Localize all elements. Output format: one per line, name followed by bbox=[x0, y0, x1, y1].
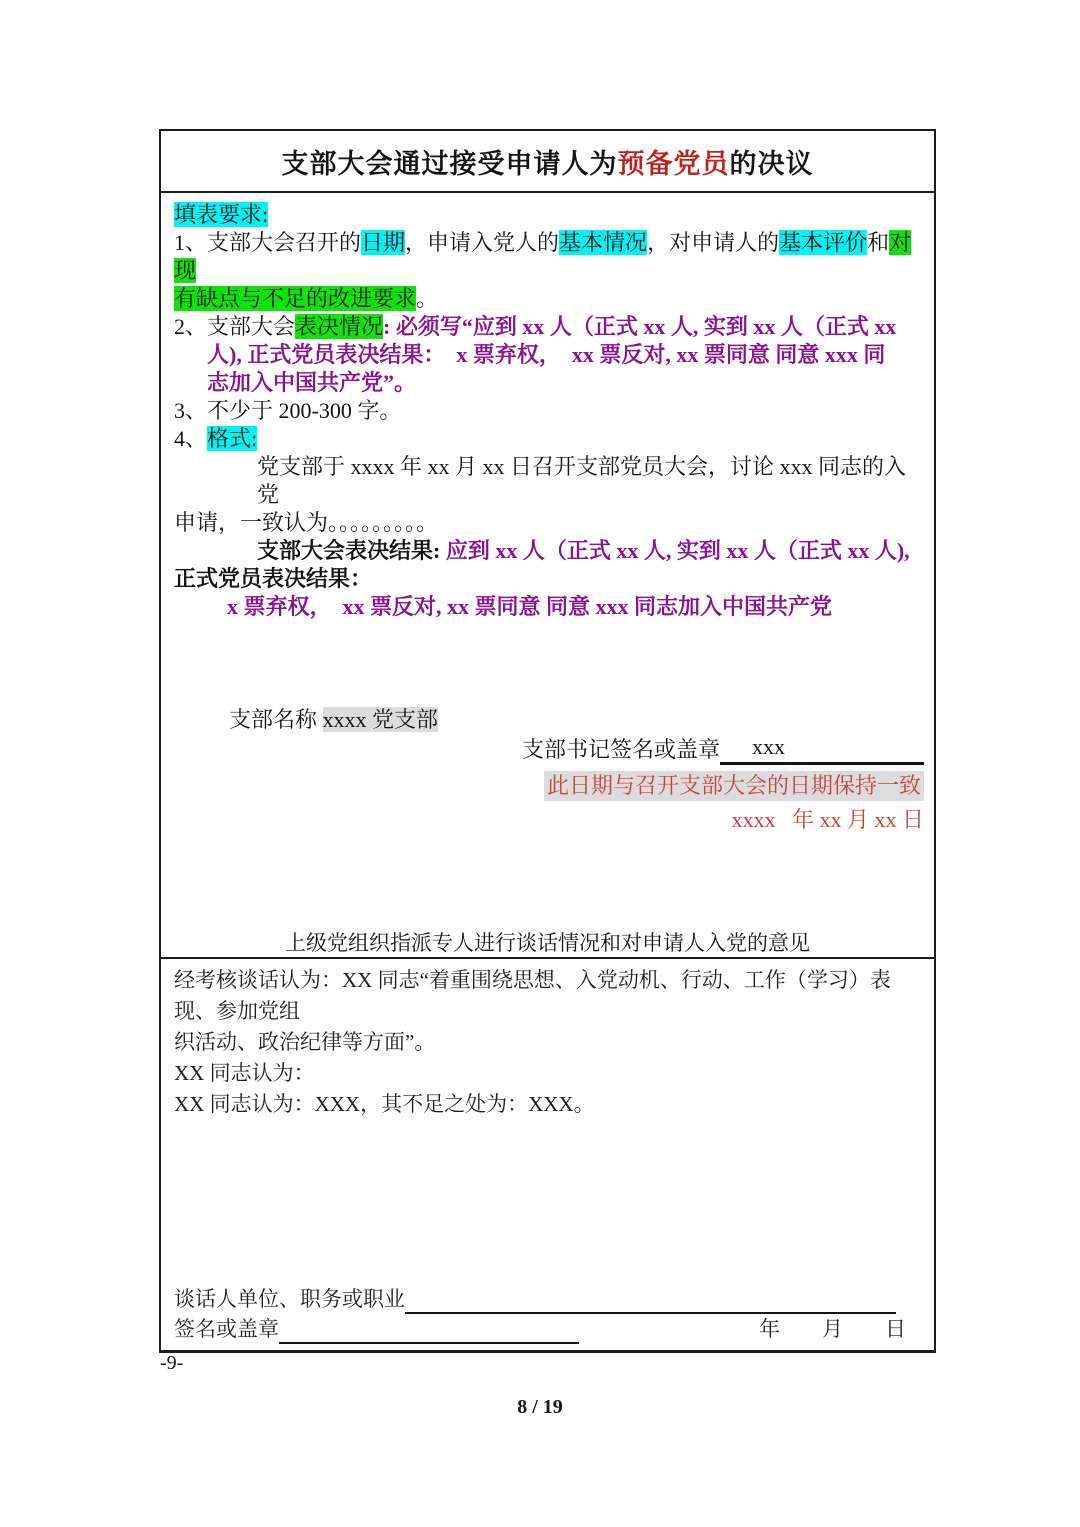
voting-result-label: 支部大会表决结果: bbox=[257, 538, 446, 563]
item2-purple-text: 人), 正式党员表决结果： x 票弃权， xx 票反对, xx 票同意 同意 x… bbox=[207, 342, 885, 367]
item1-highlight-evaluation: 基本评价 bbox=[779, 230, 867, 255]
secretary-signature-field: xxx bbox=[720, 732, 924, 765]
interviewer-sign-label: 签名或盖章 bbox=[174, 1314, 279, 1344]
date-consistency-note: 此日期与召开支部大会的日期保持一致 bbox=[544, 771, 924, 801]
format-example-line2: 申请，一致认为。。。。。。。。。 bbox=[174, 509, 924, 537]
item2-purple-text: 志加入中国共产党”。 bbox=[207, 370, 416, 395]
requirements-heading-line: 填表要求: bbox=[174, 201, 924, 229]
interviewer-sign-field bbox=[279, 1342, 579, 1344]
interview-para1-line1: 经考核谈话认为：XX 同志“着重围绕思想、入党动机、行动、工作（学习）表现、参加… bbox=[174, 965, 922, 1027]
title-suffix: 的决议 bbox=[730, 142, 814, 181]
voting-tally-purple: x 票弃权， xx 票反对, xx 票同意 同意 xxx 同志加入中国共产党 bbox=[227, 594, 832, 619]
document-page-number: -9- bbox=[160, 1352, 183, 1375]
interview-para3: XX 同志认为：XXX，其不足之处为：XXX。 bbox=[174, 1089, 922, 1120]
requirement-item2-line2: 人), 正式党员表决结果： x 票弃权， xx 票反对, xx 票同意 同意 x… bbox=[174, 341, 924, 369]
branch-signature-row: 支部名称 xxxx 党支部 支部书记签名或盖章 xxx bbox=[174, 675, 924, 765]
item2-highlight-voting: 表决情况 bbox=[295, 314, 383, 339]
day-label: 日 bbox=[885, 1314, 906, 1344]
item4-text: 4、 bbox=[174, 426, 207, 451]
viewer-page-indicator: 8 / 19 bbox=[0, 1396, 1080, 1419]
title-prefix: 支部大会通过接受申请人为 bbox=[282, 142, 618, 181]
month-label: 月 bbox=[822, 1314, 843, 1344]
branch-name-label: 支部名称 bbox=[229, 707, 323, 732]
item2-text: 2、支部大会 bbox=[174, 314, 295, 339]
requirement-item4: 4、格式: bbox=[174, 425, 924, 453]
interviewer-sign-row: 签名或盖章 年 月 日 bbox=[174, 1314, 922, 1344]
requirement-item1-line2: 有缺点与不足的改进要求。 bbox=[174, 285, 924, 313]
item4-highlight-format: 格式: bbox=[207, 426, 257, 451]
interview-opinion-cell: 经考核谈话认为：XX 同志“着重围绕思想、入党动机、行动、工作（学习）表现、参加… bbox=[161, 959, 934, 1350]
format-example-line3: 支部大会表决结果: 应到 xx 人（正式 xx 人, 实到 xx 人（正式 xx… bbox=[174, 537, 924, 565]
requirements-heading: 填表要求: bbox=[174, 202, 268, 227]
item1-text: 和 bbox=[867, 230, 889, 255]
requirement-item1-line1: 1、支部大会召开的日期，申请入党人的基本情况，对申请人的基本评价和对现 bbox=[174, 229, 924, 285]
item1-text: ，对申请人的 bbox=[647, 230, 779, 255]
format-example-line5: x 票弃权， xx 票反对, xx 票同意 同意 xxx 同志加入中国共产党 bbox=[174, 593, 924, 621]
requirement-item2-line3: 志加入中国共产党”。 bbox=[174, 369, 924, 397]
year-label: 年 bbox=[759, 1314, 780, 1344]
item1-highlight-improvement-cont: 有缺点与不足的改进要求 bbox=[174, 286, 416, 311]
title-highlight-red: 预备党员 bbox=[618, 142, 730, 181]
requirement-item3: 3、不少于 200-300 字。 bbox=[174, 397, 924, 425]
requirement-item2-line1: 2、支部大会表决情况: 必须写“应到 xx 人（正式 xx 人, 实到 xx 人… bbox=[174, 313, 924, 341]
item1-highlight-basic-info: 基本情况 bbox=[559, 230, 647, 255]
item2-purple-text: : 必须写“应到 xx 人（正式 xx 人, 实到 xx 人（正式 xx bbox=[383, 314, 896, 339]
resolution-form: 支部大会通过接受申请人为预备党员的决议 填表要求: 1、支部大会召开的日期，申请… bbox=[159, 129, 936, 1353]
form-title: 支部大会通过接受申请人为预备党员的决议 bbox=[161, 131, 934, 193]
date-note-row: 此日期与召开支部大会的日期保持一致 bbox=[174, 771, 924, 801]
secretary-signature-group: 支部书记签名或盖章 xxx bbox=[522, 732, 924, 765]
interviewer-signature-block: 谈话人单位、职务或职业 签名或盖章 年 月 日 bbox=[174, 1284, 922, 1344]
interviewer-unit-label: 谈话人单位、职务或职业 bbox=[174, 1284, 405, 1314]
interview-section-header: 上级党组织指派专人进行谈话情况和对申请人入党的意见 bbox=[161, 926, 934, 959]
format-example-line4: 正式党员表决结果： bbox=[174, 565, 924, 593]
item1-text: 。 bbox=[416, 286, 438, 311]
secretary-signature-label: 支部书记签名或盖章 bbox=[522, 735, 720, 765]
interview-para1-line2: 织活动、政治纪律等方面”。 bbox=[174, 1027, 922, 1058]
resolution-date-row: xxxx 年 xx 月 xx 日 bbox=[174, 805, 924, 835]
item1-text: ，申请入党人的 bbox=[405, 230, 559, 255]
branch-name-group: 支部名称 xxxx 党支部 bbox=[174, 675, 522, 765]
document-page: 支部大会通过接受申请人为预备党员的决议 填表要求: 1、支部大会召开的日期，申请… bbox=[0, 0, 1080, 1527]
interviewer-unit-row: 谈话人单位、职务或职业 bbox=[174, 1284, 922, 1314]
format-example-line1: 党支部于 xxxx 年 xx 月 xx 日召开支部党员大会，讨论 xxx 同志的… bbox=[174, 453, 924, 509]
voting-result-purple: 应到 xx 人（正式 xx 人, 实到 xx 人（正式 xx 人), bbox=[446, 538, 910, 563]
resolution-body-cell: 填表要求: 1、支部大会召开的日期，申请入党人的基本情况，对申请人的基本评价和对… bbox=[161, 193, 934, 926]
item1-text: 1、支部大会召开的 bbox=[174, 230, 361, 255]
branch-name-value: xxxx 党支部 bbox=[323, 707, 439, 732]
item1-highlight-date: 日期 bbox=[361, 230, 405, 255]
interview-para2: XX 同志认为： bbox=[174, 1058, 922, 1089]
